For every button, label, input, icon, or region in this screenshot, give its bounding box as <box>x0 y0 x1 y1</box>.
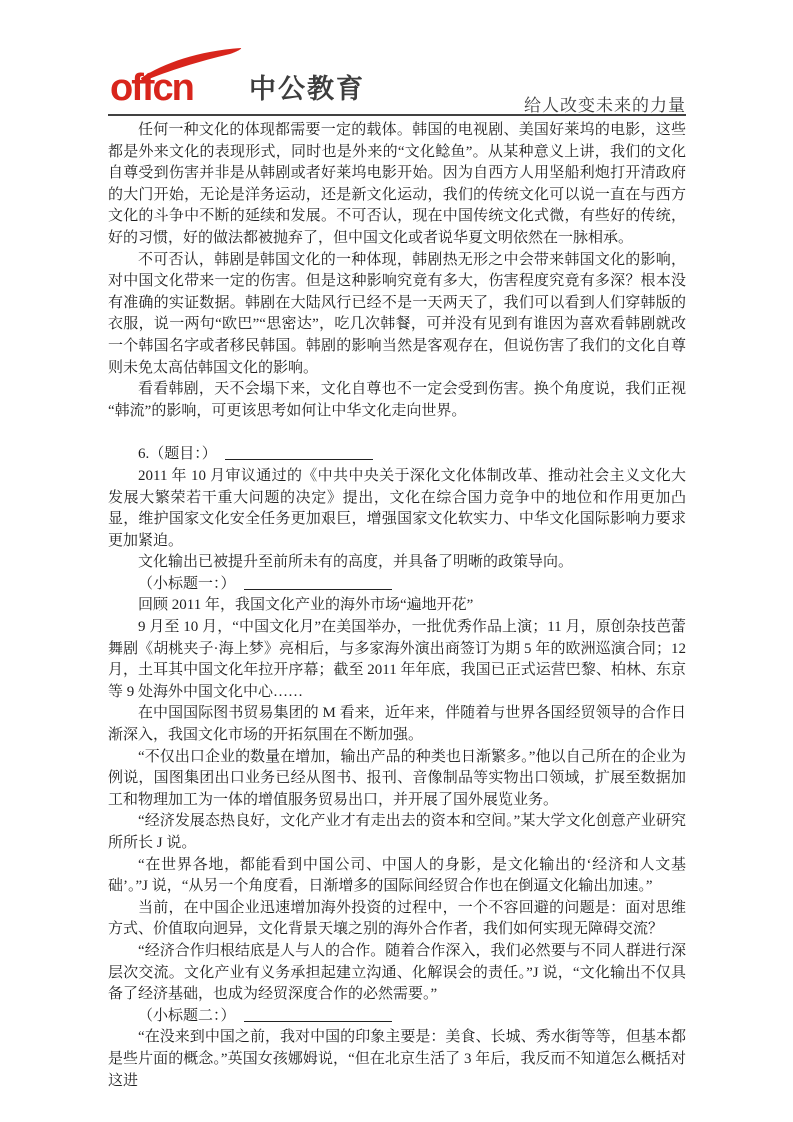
paragraph: 回顾 2011 年，我国文化产业的海外市场“遍地开花” <box>108 595 686 617</box>
document-page: offcn 中公教育 给人改变未来的力量 任何一种文化的体现都需要一定的载体。韩… <box>0 0 793 1122</box>
paragraph: 9 月至 10 月，“中国文化月”在美国举办，一批优秀作品上演；11 月，原创杂… <box>108 617 686 703</box>
fill-blank-underline <box>244 575 392 590</box>
paragraph: “不仅出口企业的数量在增加，输出产品的种类也日渐繁多。”他以自己所在的企业为例说… <box>108 747 686 812</box>
paragraph: “在没来到中国之前，我对中国的印象主要是：美食、长城、秀水街等等，但基本都是些片… <box>108 1027 686 1092</box>
subtitle-2-label: （小标题二：） <box>138 1008 236 1024</box>
paragraph: 文化输出已被提升至前所未有的高度，并具备了明晰的政策导向。 <box>108 552 686 574</box>
paragraph: “在世界各地，都能看到中国公司、中国人的身影，是文化输出的‘经济和人文基础’。”… <box>108 855 686 898</box>
document-body: 任何一种文化的体现都需要一定的载体。韩国的电视剧、美国好莱坞的电影，这些都是外来… <box>108 120 686 1092</box>
paragraph: 任何一种文化的体现都需要一定的载体。韩国的电视剧、美国好莱坞的电影，这些都是外来… <box>108 120 686 250</box>
paragraph: 2011 年 10 月审议通过的《中共中央关于深化文化体制改革、推动社会主义文化… <box>108 466 686 552</box>
question-6-label: 6.（题目：） <box>138 446 217 462</box>
paragraph: 在中国国际图书贸易集团的 M 看来，近年来，伴随着与世界各国经贸领导的合作日渐深… <box>108 703 686 746</box>
paragraph: “经济合作归根结底是人与人的合作。随着合作深入，我们必然要与不同人群进行深层次交… <box>108 941 686 1006</box>
fill-blank-underline <box>244 1007 392 1022</box>
header-divider <box>108 114 686 116</box>
paragraph: “经济发展态热良好，文化产业才有走出去的资本和空间。”某大学文化创意产业研究所所… <box>108 811 686 854</box>
header-tagline: 给人改变未来的力量 <box>108 91 686 116</box>
subtitle-1-line: （小标题一：） <box>108 574 686 596</box>
paragraph: 不可否认，韩剧是韩国文化的一种体现，韩剧热无形之中会带来韩国文化的影响，对中国文… <box>108 250 686 380</box>
subtitle-1-label: （小标题一：） <box>138 576 236 592</box>
fill-blank-underline <box>225 445 373 460</box>
subtitle-2-line: （小标题二：） <box>108 1006 686 1028</box>
paragraph: 当前，在中国企业迅速增加海外投资的过程中，一个不容回避的问题是：面对思维方式、价… <box>108 898 686 941</box>
paragraph: 看看韩剧，天不会塌下来，文化自尊也不一定会受到伤害。换个角度说，我们正视“韩流”… <box>108 379 686 422</box>
question-6-title-line: 6.（题目：） <box>108 444 686 466</box>
